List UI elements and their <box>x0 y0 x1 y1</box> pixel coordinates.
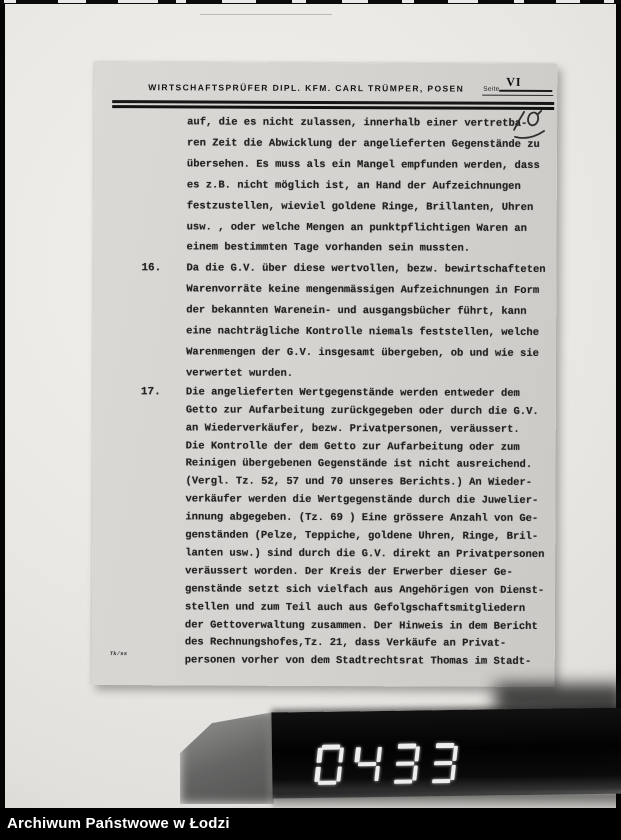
text-line: es z.B. nicht möglich ist, an Hand der A… <box>187 175 550 197</box>
text-line: des Rechnungshofes,Tz. 21, dass Verkäufe… <box>185 635 548 654</box>
text-line: Die angelieferten Wertgegenstände werden… <box>186 384 549 403</box>
letterhead-firm: WIRTSCHAFTSPRÜFER DIPL. KFM. CARL TRÜMPE… <box>148 82 478 93</box>
paragraph-number: 17. <box>140 384 186 671</box>
text-line: Warenvorräte keine mengenmässigen Aufzei… <box>186 280 549 302</box>
text-line: usw. , oder welche Mengen an punktpflich… <box>187 217 550 239</box>
text-line: einem bestimmten Tage vorhanden sein mus… <box>187 238 550 260</box>
paragraph-number: 16. <box>141 259 187 385</box>
document-page: WIRTSCHAFTSPRÜFER DIPL. KFM. CARL TRÜMPE… <box>92 62 558 687</box>
text-line: Die Kontrolle der dem Getto zur Aufarbei… <box>186 438 549 457</box>
counter-digits <box>314 743 458 785</box>
text-line: an Wiederverkäufer, bezw. Privatpersonen… <box>186 420 549 439</box>
page-label: Seite <box>483 86 499 93</box>
typist-mark: Tk/ss <box>110 650 128 657</box>
text-line: innung abgegeben. (Tz. 69 ) Eine grösser… <box>185 510 548 529</box>
text-line: eine nachträgliche Kontrolle niemals fes… <box>186 321 549 343</box>
text-line: Warenmengen der G.V. insgesamt übergeben… <box>186 342 549 364</box>
text-line: genstände setzt sich vielfach aus Angehö… <box>185 581 548 600</box>
text-line: festzustellen, wieviel goldene Ringe, Br… <box>187 196 550 218</box>
paragraph: 16.Da die G.V. über diese wertvollen, be… <box>141 259 550 386</box>
text-line: verwertet wurden. <box>186 363 549 385</box>
page-number-underline-2 <box>482 95 553 97</box>
letterhead-rule-bottom <box>112 105 554 110</box>
counter-digit <box>390 743 420 783</box>
handwritten-page-number <box>511 108 549 144</box>
text-line: Reinigen übergebenen Gegenstände ist nic… <box>186 456 549 475</box>
typewritten-body: auf, die es nicht zulassen, innerhalb ei… <box>140 112 550 672</box>
text-line: Da die G.V. über diese wertvollen, bezw.… <box>186 259 549 281</box>
paragraph: auf, die es nicht zulassen, innerhalb ei… <box>142 112 551 260</box>
counter-digit <box>428 743 458 783</box>
text-line: (Vergl. Tz. 52, 57 und 70 unseres Berich… <box>185 474 548 493</box>
paragraph-number <box>142 112 188 259</box>
text-line: verkäufer werden die Wertgegenstände dur… <box>185 492 548 511</box>
text-line: auf, die es nicht zulassen, innerhalb ei… <box>187 112 550 134</box>
counter-digit <box>352 744 382 784</box>
text-line: übersehen. Es muss als ein Mangel empfun… <box>187 154 550 176</box>
text-line: stellen und zum Teil auch aus Gefolgscha… <box>185 599 548 618</box>
frame-counter <box>271 708 621 799</box>
scan-viewport: WIRTSCHAFTSPRÜFER DIPL. KFM. CARL TRÜMPE… <box>0 0 621 840</box>
text-line: der Gettoverwaltung zusammen. Der Hinwei… <box>185 617 548 636</box>
letterhead-rule-top <box>112 100 554 104</box>
text-line: personen vorher von dem Stadtrechtsrat T… <box>185 653 548 672</box>
page-number-underline <box>499 90 552 92</box>
archive-caption-bar: Archiwum Państwowe w Łodzi <box>0 808 621 840</box>
counter-digit <box>314 744 344 784</box>
page-number: VI <box>506 75 521 90</box>
text-line: veräussert worden. Der Kreis der Erwerbe… <box>185 563 548 582</box>
text-line: Getto zur Aufarbeitung zurückgegeben ode… <box>186 402 549 421</box>
text-line: genständen (Pelze, Teppiche, goldene Uhr… <box>185 527 548 546</box>
paragraph: 17.Die angelieferten Wertgegenstände wer… <box>140 384 549 672</box>
text-line: der bekannten Warenein- und ausgangsbüch… <box>186 301 549 323</box>
text-line: ren Zeit die Abwicklung der angelieferte… <box>187 133 550 155</box>
pencil-smudge <box>200 14 332 15</box>
archive-caption: Archiwum Państwowe w Łodzi <box>0 808 621 839</box>
text-line: lanten usw.) sind durch die G.V. direkt … <box>185 545 548 564</box>
